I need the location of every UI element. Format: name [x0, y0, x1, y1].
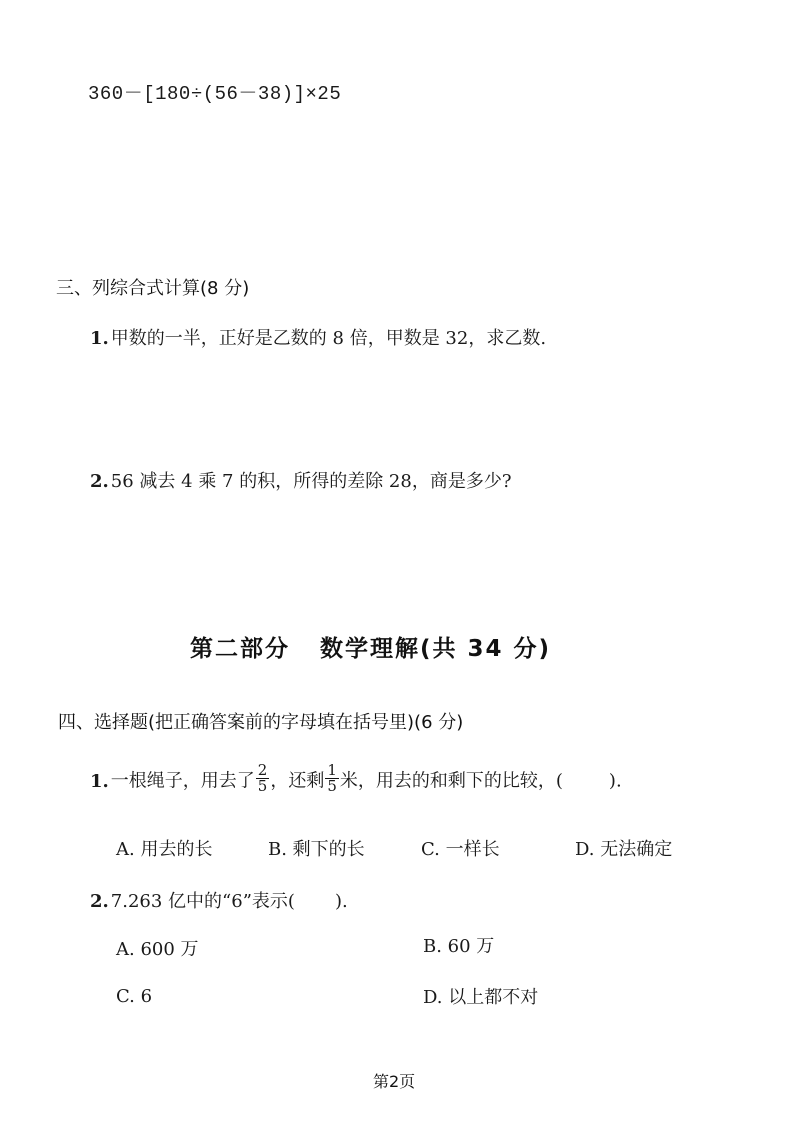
section-3-title: 三、列综合式计算(8 分) — [56, 274, 249, 300]
denominator: 5 — [327, 779, 337, 794]
question-text: 一根绳子，用去了 — [111, 771, 255, 792]
option-b: B. 剩下的长 — [268, 835, 365, 861]
section-3-question-1: 1.甲数的一半，正好是乙数的 8 倍，甲数是 32，求乙数. — [90, 324, 546, 350]
page-number: 第2页 — [373, 1069, 415, 1092]
question-number: 1. — [90, 328, 109, 349]
option-a: A. 用去的长 — [116, 835, 212, 861]
option-a: A. 600 万 — [116, 935, 199, 961]
section-4-question-1: 1.一根绳子，用去了25，还剩15米，用去的和剩下的比较，(). — [90, 766, 622, 797]
option-d: D. 无法确定 — [575, 835, 672, 861]
section-3-question-2: 2.56 减去 4 乘 7 的积，所得的差除 28，商是多少? — [90, 467, 512, 493]
option-b: B. 60 万 — [423, 932, 494, 958]
part-title: 第二部分 — [190, 636, 290, 662]
section-4-title: 四、选择题(把正确答案前的字母填在括号里)(6 分) — [58, 708, 463, 734]
part-2-heading: 第二部分数学理解(共 34 分) — [190, 630, 551, 663]
fraction-one-fifth: 15 — [325, 763, 339, 794]
question-number: 2. — [90, 891, 109, 912]
question-text: 甲数的一半，正好是乙数的 8 倍，甲数是 32，求乙数. — [111, 328, 546, 349]
question-text-end: ). — [609, 771, 622, 792]
section-4-question-2: 2.7.263 亿中的“6”表示(). — [90, 887, 348, 913]
denominator: 5 — [258, 779, 268, 794]
option-d: D. 以上都不对 — [423, 983, 538, 1009]
fraction-two-fifths: 25 — [256, 763, 270, 794]
part-subtitle: 数学理解(共 34 分) — [320, 636, 551, 662]
option-c: C. 一样长 — [421, 835, 500, 861]
question-text: 米，用去的和剩下的比较，( — [340, 771, 563, 792]
question-text: 7.263 亿中的“6”表示( — [111, 891, 295, 912]
question-text: ，还剩 — [270, 771, 324, 792]
question-text-end: ). — [335, 891, 348, 912]
question-number: 2. — [90, 471, 109, 492]
question-number: 1. — [90, 771, 109, 792]
question-text: 56 减去 4 乘 7 的积，所得的差除 28，商是多少? — [111, 471, 512, 492]
option-c: C. 6 — [116, 986, 152, 1007]
expression-problem: 360－[180÷(56－38)]×25 — [88, 78, 341, 105]
